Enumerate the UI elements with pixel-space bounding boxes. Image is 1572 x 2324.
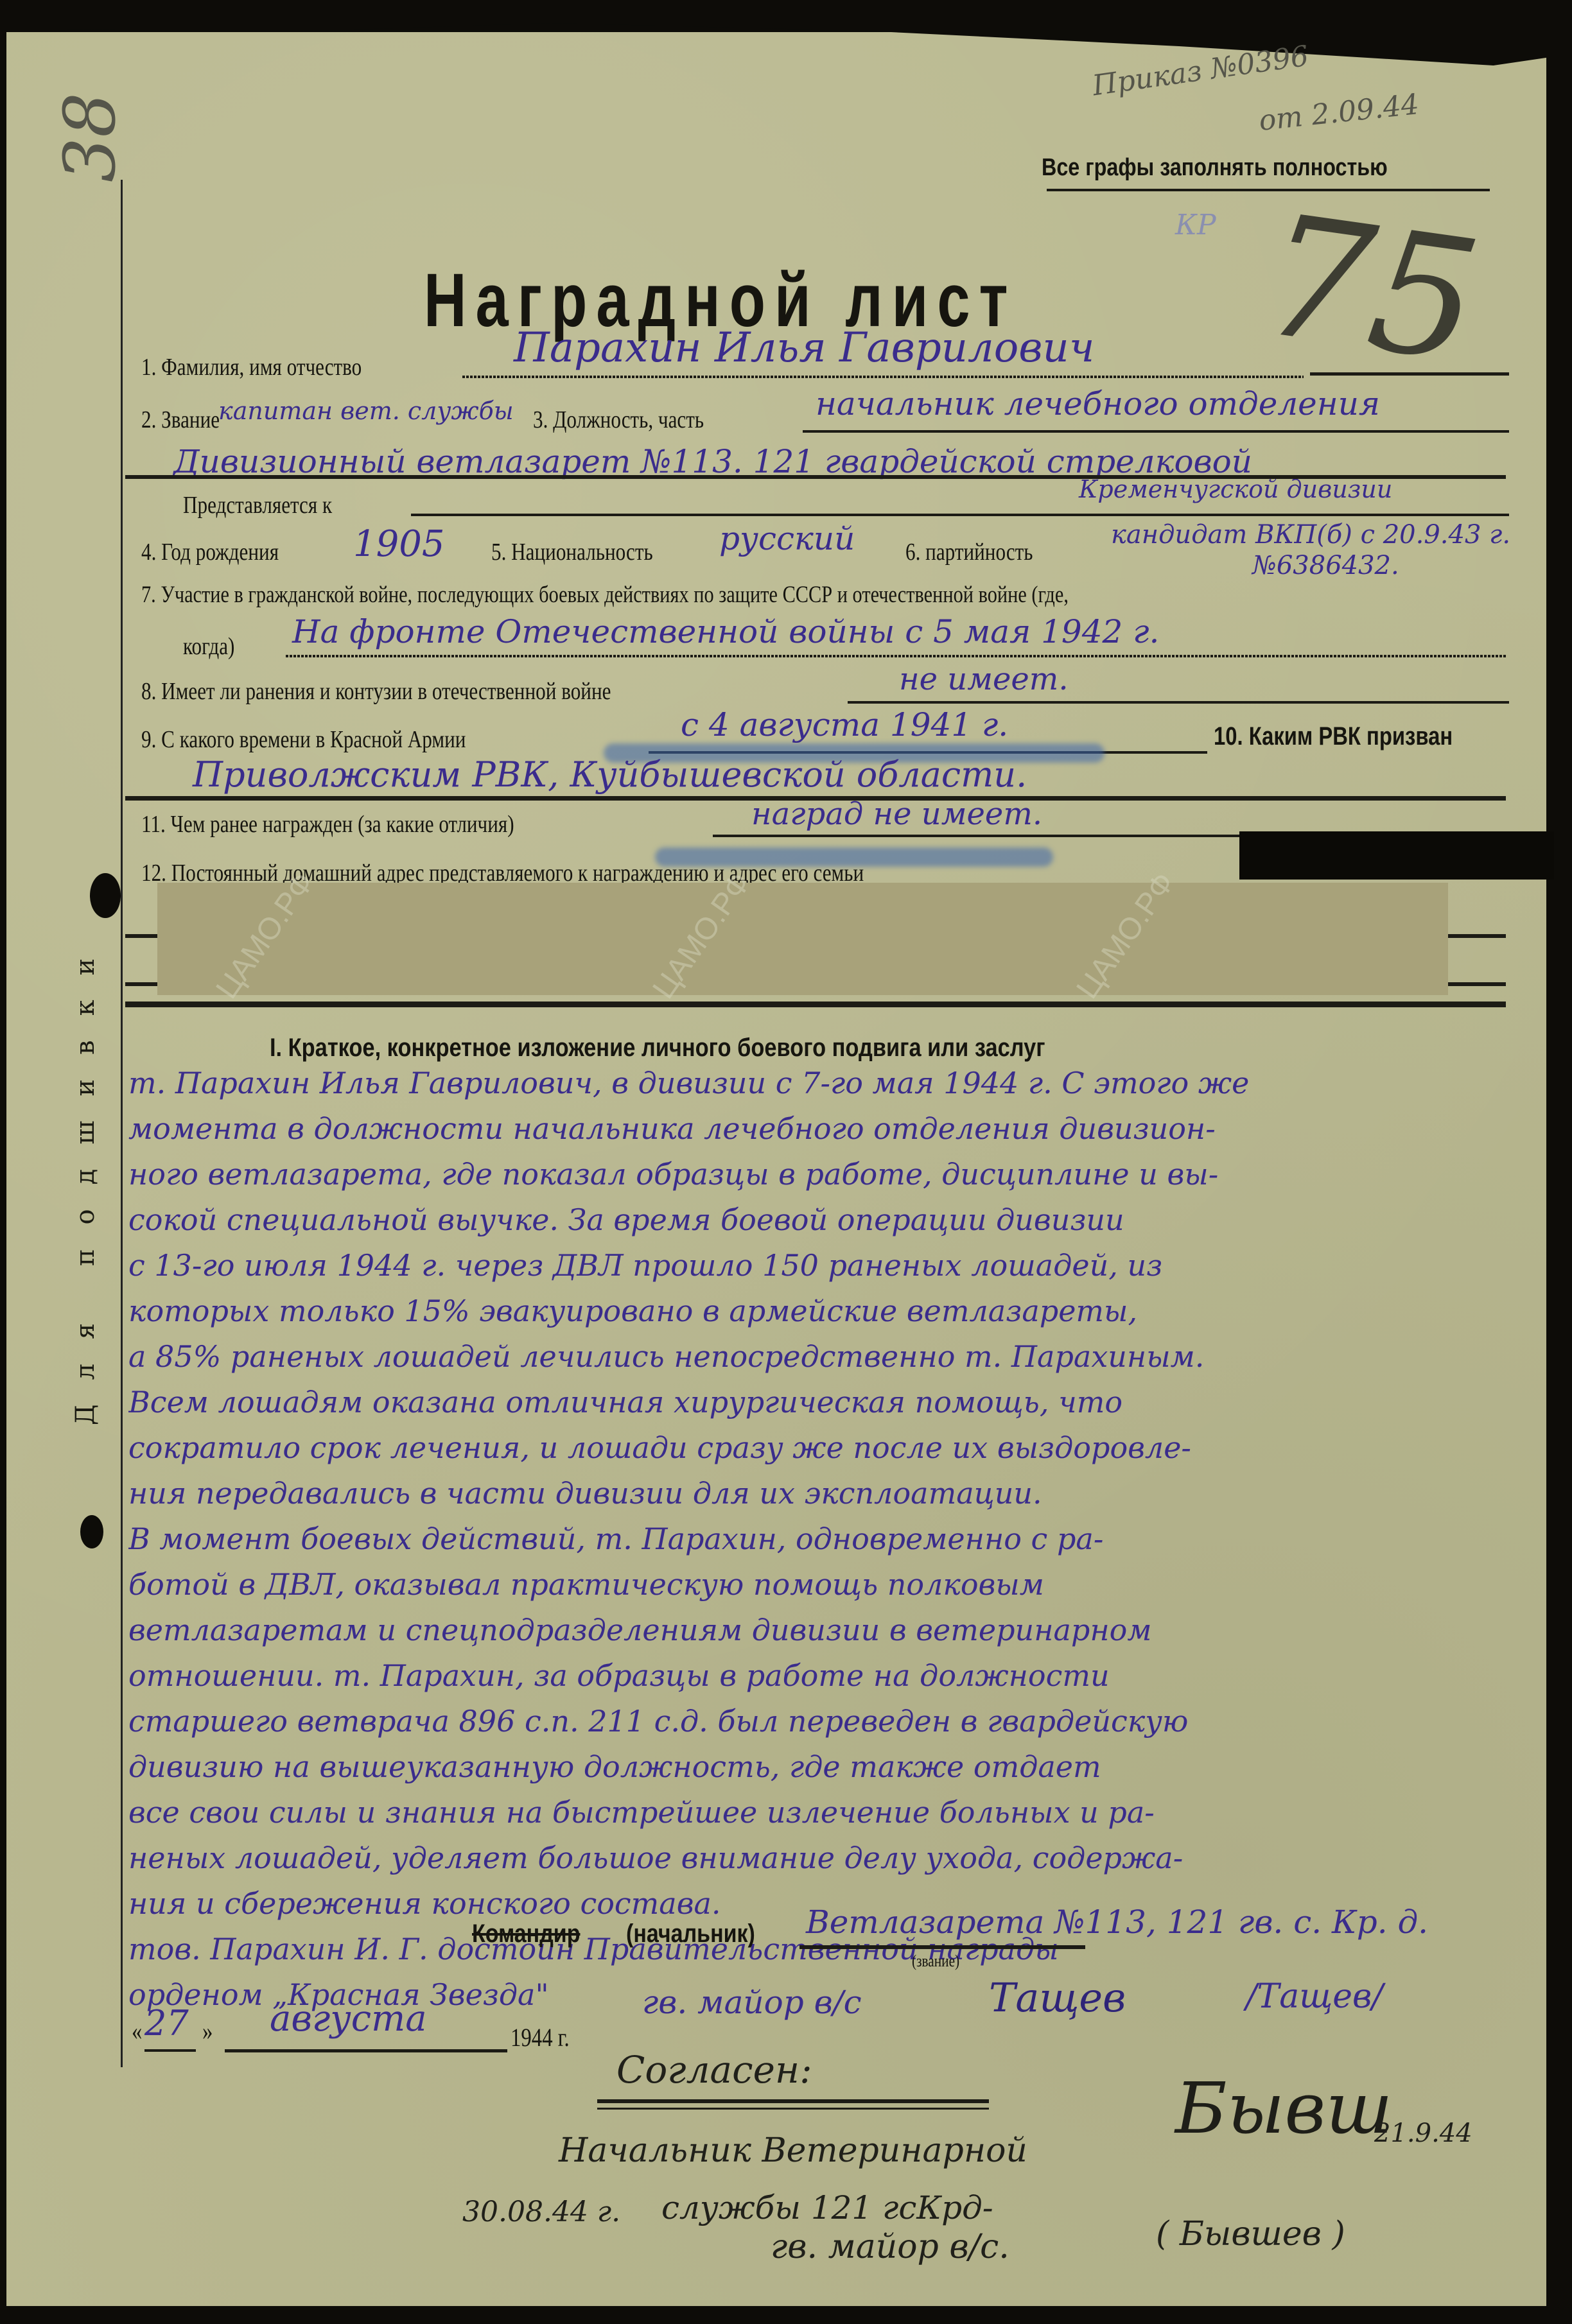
divider [1047, 189, 1490, 191]
section-heading: I. Краткое, конкретное изложение личного… [270, 1034, 1045, 1062]
double-underline [597, 2099, 989, 2103]
approval-rank: гв. майор в/с. [771, 2228, 1009, 2266]
merit-narrative: т. Парахин Илья Гаврилович, в дивизии с … [128, 1066, 1509, 2023]
field-2-label: 2. Звание [141, 406, 220, 434]
address-redaction [157, 883, 1448, 995]
approval-name: ( Бывшев ) [1156, 2215, 1345, 2253]
party-value[interactable]: кандидат ВКП(б) с 20.9.43 г. [1111, 520, 1510, 550]
field-underline [125, 1002, 1506, 1007]
page-number-mark: 75 [1253, 178, 1490, 400]
date-open-quote: « [132, 2016, 142, 2046]
party-card-number[interactable]: №6386432. [1252, 551, 1399, 580]
date-day[interactable]: 27 [144, 2003, 189, 2043]
field-underline [1310, 372, 1509, 376]
narrative-line: ботой в ДВЛ, оказывал практическую помощ… [128, 1567, 1509, 1613]
narrative-line: т. Парахин Илья Гаврилович, в дивизии с … [128, 1066, 1509, 1111]
birth-year-value[interactable]: 1905 [353, 523, 445, 565]
field-underline [411, 514, 1509, 516]
punch-hole [80, 1515, 103, 1548]
nominated-for-label: Представляется к [183, 491, 332, 519]
field-underline [848, 701, 1509, 704]
commander-signature: Тащев [989, 1974, 1126, 2021]
field-8-label: 8. Имеет ли ранения и контузии в отечест… [141, 677, 611, 706]
wounds-value[interactable]: не имеет. [899, 661, 1069, 697]
punch-hole [90, 873, 121, 918]
field-underline [225, 2049, 507, 2052]
scan-border [0, 2306, 1572, 2324]
margin-mark: 38 [49, 92, 131, 182]
binding-margin-line [121, 180, 123, 2067]
commander-name[interactable]: /Тащев/ [1246, 1977, 1383, 2016]
field-underline [803, 430, 1509, 433]
field-7-label: 7. Участие в гражданской войне, последую… [141, 581, 1069, 609]
commander-rank[interactable]: гв. майор в/с [642, 1984, 862, 2021]
commander-label: (начальник) [626, 1920, 755, 1948]
approval-date-left: 30.08.44 г. [462, 2196, 620, 2228]
approval-date-right: 21.9.44 [1374, 2119, 1472, 2148]
field-7-label-cont: когда) [183, 632, 234, 661]
narrative-line: а 85% раненых лошадей лечились непосредс… [128, 1339, 1509, 1385]
rank-caption: (звание) [912, 1952, 959, 1971]
draft-office-value[interactable]: Приволжским РВК, Куйбышевской области. [193, 754, 1027, 795]
award-abbrev-mark: КР [1175, 209, 1216, 241]
field-1-label: 1. Фамилия, имя отчество [141, 353, 362, 381]
narrative-line: сокой специальной выучке. За время боево… [128, 1202, 1509, 1248]
narrative-line: Всем лошадям оказана отличная хирургичес… [128, 1385, 1509, 1430]
full-name-value[interactable]: Парахин Илья Гаврилович [514, 324, 1095, 372]
field-underline [286, 655, 1506, 657]
approval-title-line2: службы 121 гсКрд- [661, 2189, 993, 2226]
field-9-label: 9. С какого времени в Красной Армии [141, 725, 466, 754]
approval-heading: Согласен: [616, 2048, 812, 2092]
narrative-line: сократило срок лечения, и лошади сразу ж… [128, 1430, 1509, 1476]
instruction-text: Все графы заполнять полностью [1042, 154, 1388, 182]
date-year: 1944 г. [511, 2022, 570, 2052]
unit-value-cont[interactable]: Кременчугской дивизии [1079, 475, 1392, 503]
narrative-line: отношении. т. Парахин, за образцы в рабо… [128, 1658, 1509, 1704]
redaction-block [1239, 831, 1554, 880]
field-4-label: 4. Год рождения [141, 538, 279, 566]
narrative-line: В момент боевых действий, т. Парахин, од… [128, 1522, 1509, 1567]
narrative-line: с 13-го июля 1944 г. через ДВЛ прошло 15… [128, 1248, 1509, 1294]
field-underline [125, 475, 1506, 479]
narrative-line: которых только 15% эвакуировано в армейс… [128, 1294, 1509, 1339]
date-close-quote: » [202, 2016, 213, 2046]
approval-title-line1: Начальник Ветеринарной [559, 2131, 1027, 2170]
commander-label-struck: Командир [472, 1920, 580, 1948]
binding-margin-label: Для подшивки [71, 899, 100, 1425]
field-10-label: 10. Каким РВК призван [1214, 722, 1453, 751]
field-6-label: 6. партийность [905, 538, 1033, 566]
nationality-value[interactable]: русский [719, 520, 855, 557]
narrative-line: ния передавались в части дивизии для их … [128, 1476, 1509, 1522]
narrative-line: все свои силы и знания на быстрейшее изл… [128, 1795, 1509, 1841]
narrative-line: момента в должности начальника лечебного… [128, 1111, 1509, 1157]
narrative-line: ного ветлазарета, где показал образцы в … [128, 1157, 1509, 1202]
double-underline [597, 2108, 989, 2110]
army-since-value[interactable]: с 4 августа 1941 г. [681, 706, 1008, 743]
war-participation-value[interactable]: На фронте Отечественной войны с 5 мая 19… [292, 613, 1159, 650]
scan-border [1546, 0, 1572, 2324]
field-3-label: 3. Должность, часть [533, 406, 704, 434]
field-underline [144, 2049, 196, 2052]
narrative-line: ветлазаретам и спецподразделениям дивизи… [128, 1613, 1509, 1658]
narrative-line: дивизию на вышеуказанную должность, где … [128, 1749, 1509, 1795]
narrative-line: неных лошадей, уделяет большое внимание … [128, 1841, 1509, 1886]
field-underline [462, 376, 1304, 378]
prior-awards-value[interactable]: наград не имеет. [751, 796, 1042, 832]
approval-signature: Бывш [1175, 2067, 1393, 2149]
position-value[interactable]: начальник лечебного отделения [816, 385, 1380, 422]
date-month[interactable]: августа [270, 1998, 427, 2040]
narrative-line: старшего ветврача 896 с.п. 211 с.д. был … [128, 1704, 1509, 1749]
field-5-label: 5. Национальность [491, 538, 653, 566]
field-underline [799, 1945, 1085, 1949]
commander-unit[interactable]: Ветлазарета №113, 121 гв. с. Кр. д. [806, 1903, 1428, 1941]
rank-value[interactable]: капитан вет. службы [218, 397, 514, 425]
field-11-label: 11. Чем ранее награжден (за какие отличи… [141, 810, 514, 838]
